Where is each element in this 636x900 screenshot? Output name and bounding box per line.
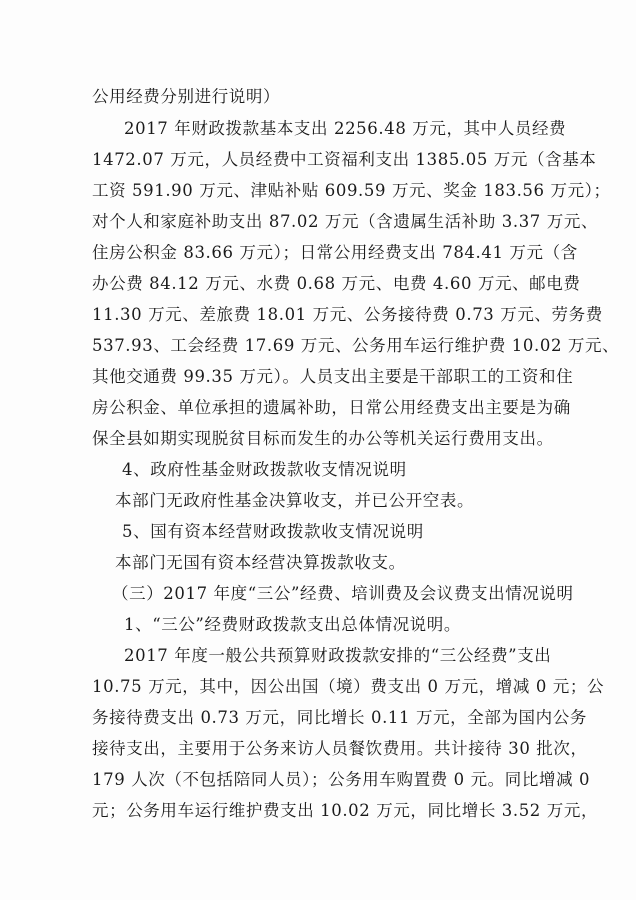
text-line: 住房公积金 83.66 万元）；日常公用经费支出 784.41 万元（含 [92, 243, 547, 263]
section-heading: 5、国有资本经营财政拨款收支情况说明 [122, 522, 577, 542]
text-line: 11.30 万元、差旅费 18.01 万元、公务接待费 0.73 万元、劳务费 [92, 305, 547, 325]
text-line: 1472.07 万元，人员经费中工资福利支出 1385.05 万元（含基本 [92, 150, 547, 170]
text-line: 元；公务用车运行维护费支出 10.02 万元，同比增长 3.52 万元， [92, 801, 547, 821]
section-heading: （三）2017 年度“三公”经费、培训费及会议费支出情况说明 [112, 584, 547, 604]
text-line: 办公费 84.12 万元、水费 0.68 万元、电费 4.60 万元、邮电费 [92, 274, 547, 294]
text-line: 务接待费支出 0.73 万元，同比增长 0.11 万元，全部为国内公务 [92, 708, 547, 728]
text-line: 接待支出，主要用于公务来访人员餐饮费用。共计接待 30 批次， [92, 739, 547, 759]
text-line: 2017 年财政拨款基本支出 2256.48 万元，其中人员经费 [124, 119, 547, 139]
document-page: 公用经费分别进行说明） 2017 年财政拨款基本支出 2256.48 万元，其中… [0, 0, 636, 900]
section-heading: 4、政府性基金财政拨款收支情况说明 [122, 460, 577, 480]
text-line: 房公积金、单位承担的遗属补助，日常公用经费支出主要是为确 [92, 398, 547, 418]
text-line: 537.93、工会经费 17.69 万元、公务用车运行维护费 10.02 万元、 [92, 336, 547, 356]
text-line: 其他交通费 99.35 万元）。人员支出主要是干部职工的工资和住 [92, 367, 547, 387]
text-line: 本部门无政府性基金决算收支，并已公开空表。 [115, 491, 570, 511]
text-line: 179 人次（不包括陪同人员）；公务用车购置费 0 元。同比增减 0 [92, 770, 547, 790]
text-line: 公用经费分别进行说明） [92, 87, 547, 107]
text-line: 10.75 万元，其中，因公出国（境）费支出 0 万元，增减 0 元；公 [92, 677, 547, 697]
text-line: 保全县如期实现脱贫目标而发生的办公等机关运行费用支出。 [92, 429, 547, 449]
subsection-heading: 1、“三公”经费财政拨款支出总体情况说明。 [124, 615, 579, 635]
text-line: 对个人和家庭补助支出 87.02 万元（含遗属生活补助 3.37 万元、 [92, 212, 547, 232]
text-line: 本部门无国有资本经营决算拨款收支。 [115, 553, 570, 573]
text-line: 2017 年度一般公共预算财政拨款安排的“三公经费”支出 [124, 646, 547, 666]
text-line: 工资 591.90 万元、津贴补贴 609.59 万元、奖金 183.56 万元… [92, 181, 547, 201]
